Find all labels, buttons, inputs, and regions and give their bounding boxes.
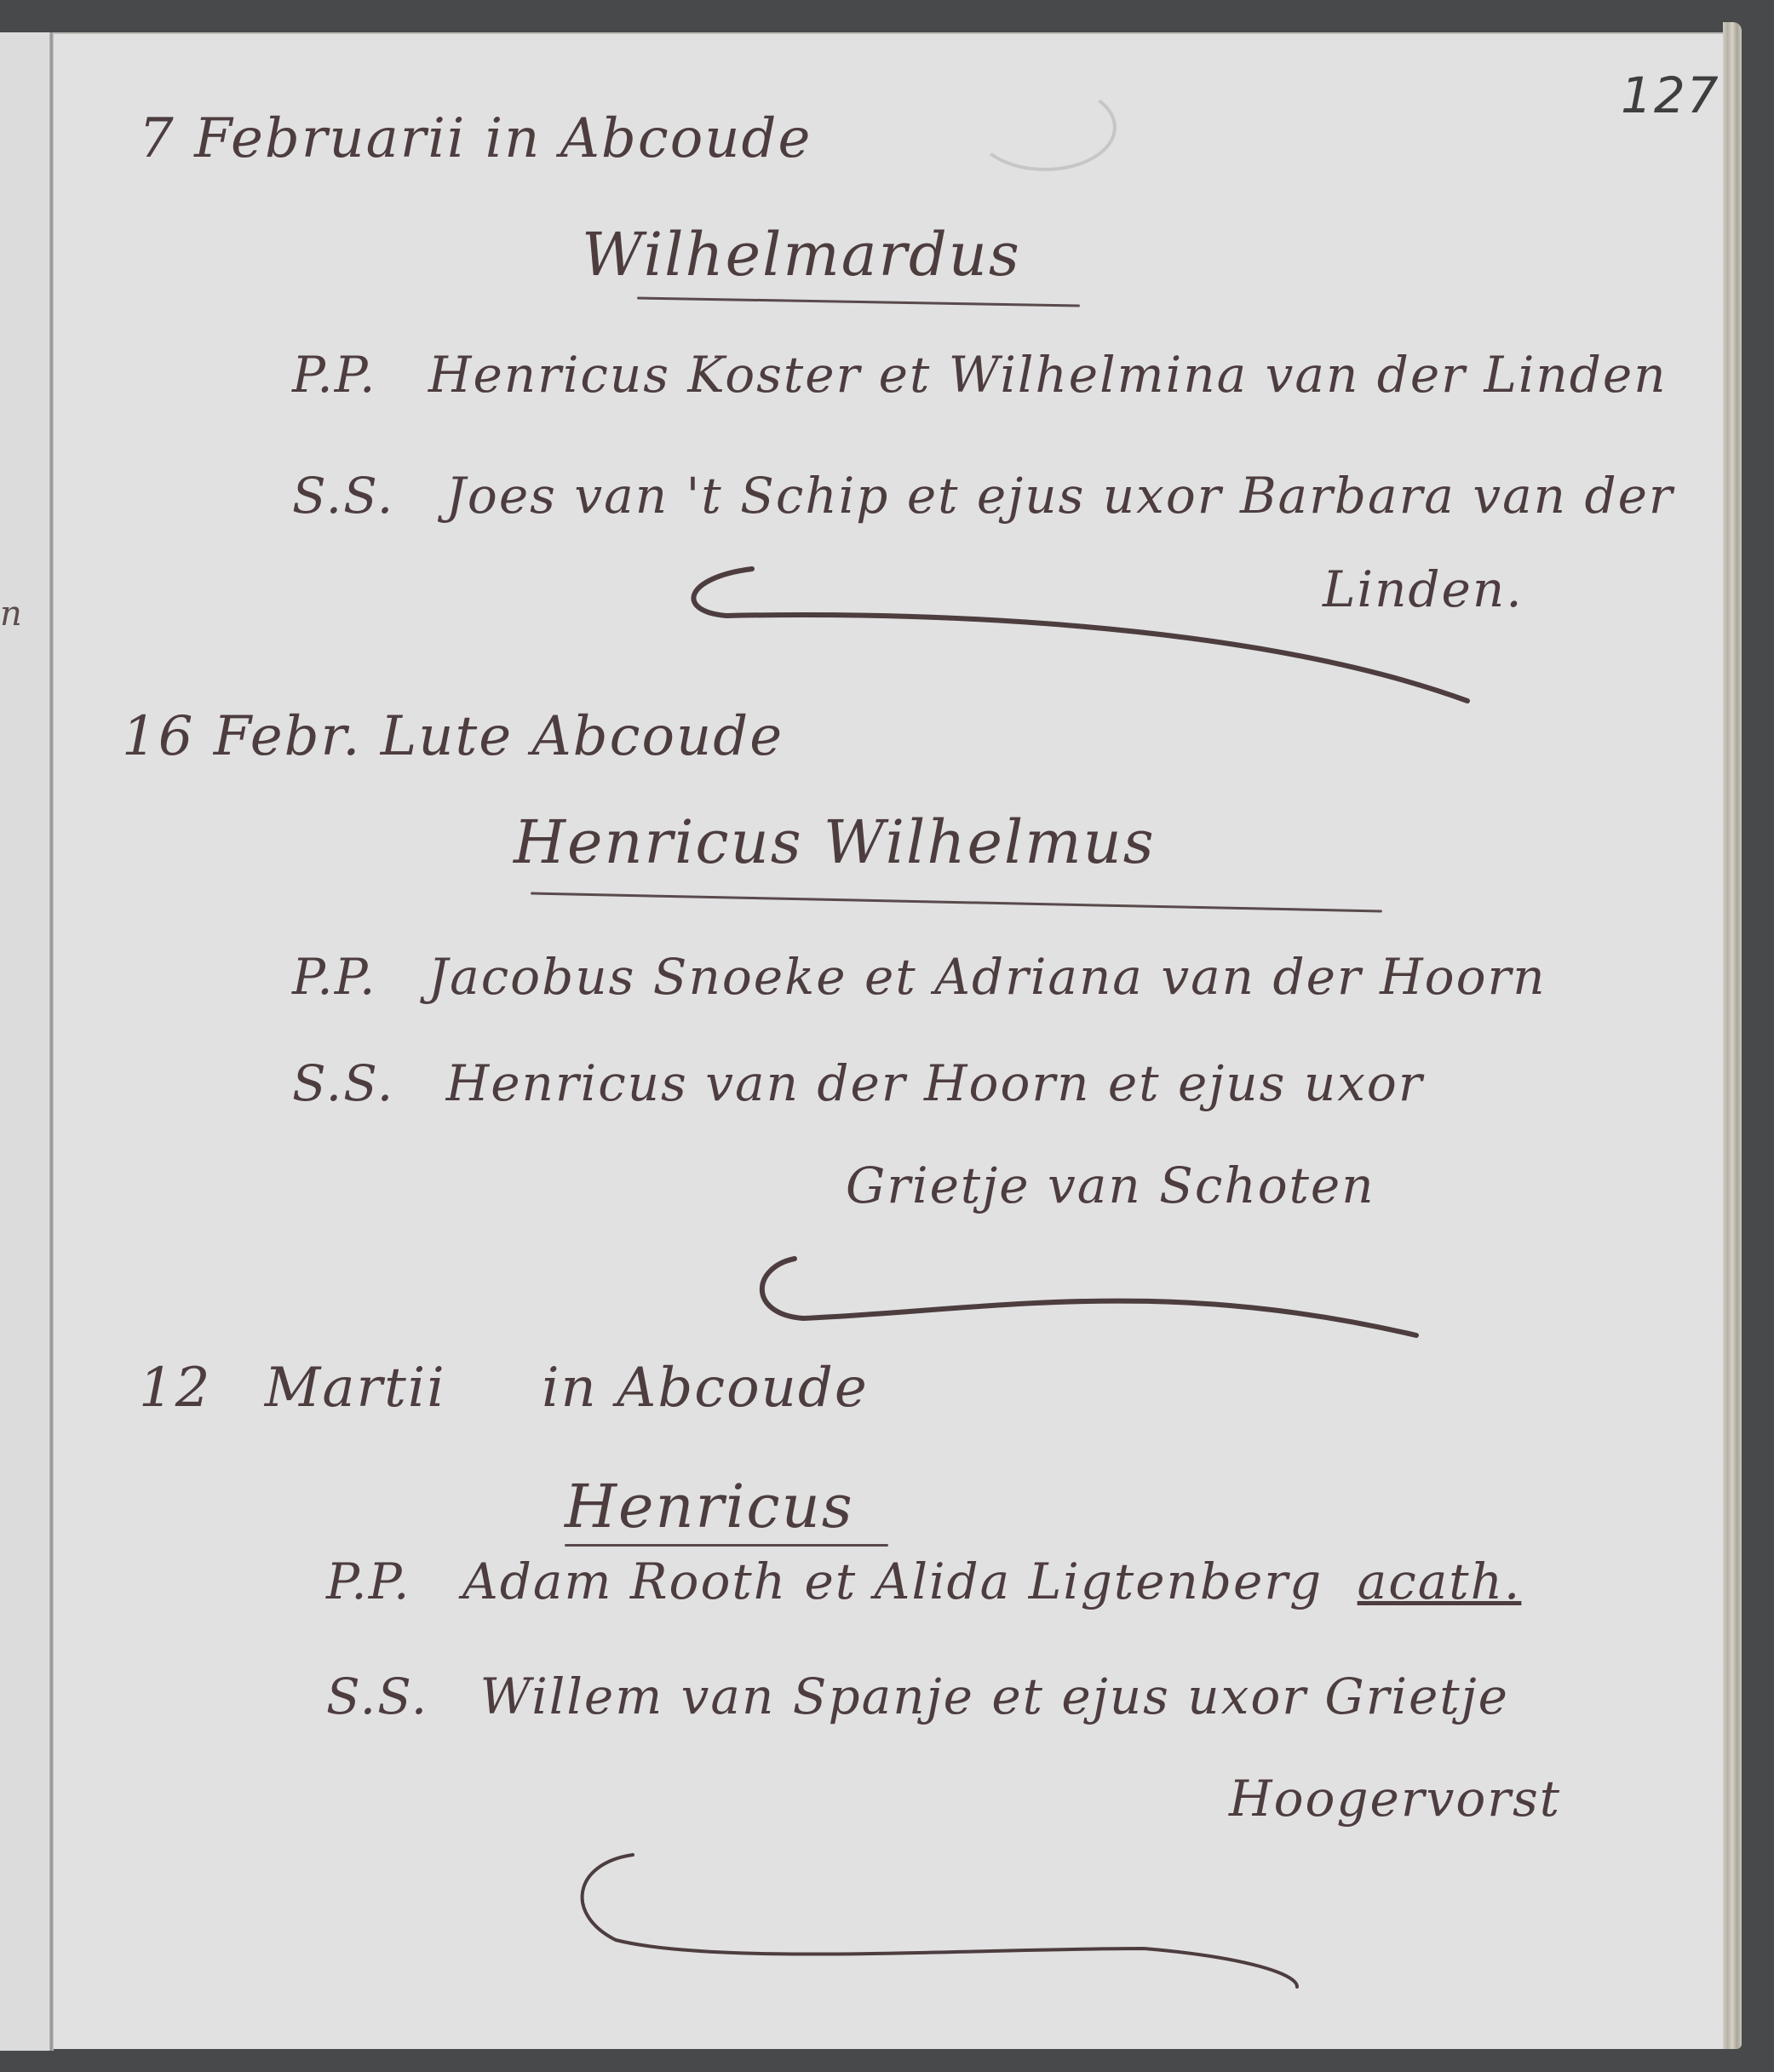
parents-label: P.P.: [292, 948, 376, 1006]
faint-stamp: [973, 83, 1117, 171]
child-name: Wilhelmardus: [582, 220, 1021, 290]
parents-note: acath.: [1358, 1553, 1522, 1610]
entry-date-line: 16 Febr. Lute Abcoude: [122, 705, 784, 768]
sponsors-label: S.S.: [292, 1054, 394, 1112]
manuscript-page: 127 7 Februarii in Abcoude Wilhelmardus …: [54, 32, 1723, 2049]
sponsors-continuation: Grietje van Schoten: [846, 1157, 1375, 1214]
entry-place: in Abcoude: [542, 1357, 869, 1420]
sponsors-line: S.S. Henricus van der Hoorn et ejus uxor: [292, 1054, 1424, 1112]
name-underline: [637, 296, 1080, 307]
sponsors-label: S.S.: [292, 467, 394, 525]
page-number: 127: [1621, 66, 1720, 124]
sponsors-names: Willem van Spanje et ejus uxor Grietje: [480, 1667, 1509, 1725]
child-name: Henricus: [565, 1472, 854, 1541]
parents-label: P.P.: [326, 1553, 410, 1610]
sponsors-line: S.S. Joes van 't Schip et ejus uxor Barb…: [292, 467, 1674, 525]
parents-names: Henricus Koster et Wilhelmina van der Li…: [428, 346, 1668, 404]
entry-date-line: 12 Martii in Abcoude: [139, 1357, 869, 1420]
sponsors-names: Henricus van der Hoorn et ejus uxor: [446, 1054, 1424, 1112]
name-underline: [565, 1544, 888, 1547]
divider-flourish: [735, 1242, 1459, 1361]
parents-line: P.P. Henricus Koster et Wilhelmina van d…: [292, 346, 1668, 404]
parents-label: P.P.: [292, 346, 376, 404]
parents-names: Jacobus Snoeke et Adriana van der Hoorn: [428, 948, 1547, 1006]
page-stack-edges: [1723, 22, 1742, 2049]
entry-date-line: 7 Februarii in Abcoude: [139, 107, 812, 170]
sponsors-continuation: Hoogervorst: [1229, 1770, 1561, 1828]
entry-month: Martii: [265, 1357, 446, 1420]
divider-flourish: [548, 1838, 1365, 2008]
sponsors-line: S.S. Willem van Spanje et ejus uxor Grie…: [326, 1667, 1509, 1725]
entry-day: 12: [139, 1357, 211, 1420]
sponsors-names: Joes van 't Schip et ejus uxor Barbara v…: [446, 467, 1674, 525]
left-page-fragment: n: [0, 32, 53, 2051]
parents-line: P.P. Adam Rooth et Alida Ligtenberg acat…: [326, 1553, 1521, 1610]
left-page-ink: n: [0, 594, 15, 628]
parents-line: P.P. Jacobus Snoeke et Adriana van der H…: [292, 948, 1547, 1006]
name-underline: [531, 893, 1382, 913]
child-name: Henricus Wilhelmus: [514, 807, 1156, 877]
sponsors-label: S.S.: [326, 1667, 428, 1725]
parents-names: Adam Rooth et Alida Ligtenberg: [462, 1553, 1323, 1610]
